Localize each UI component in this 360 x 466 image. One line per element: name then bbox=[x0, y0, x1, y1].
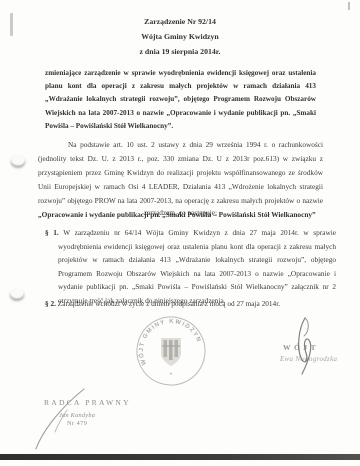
legal-basis-text: Na podstawie art. 10 ust. 2 ustawy z dni… bbox=[38, 140, 323, 205]
ordinance-number: Zarządzenie Nr 92/14 bbox=[0, 14, 360, 29]
scan-edge-bar bbox=[0, 454, 360, 460]
subject-paragraph: zmieniające zarządzenie w sprawie wyodrę… bbox=[45, 67, 316, 133]
section-2-label: § 2. bbox=[45, 299, 56, 308]
section-2-text: Zarządzenie wchodzi w życie z dniem podp… bbox=[56, 299, 280, 308]
order-intro: zarządzam, co następuje: bbox=[38, 208, 323, 217]
signature-stroke bbox=[299, 318, 311, 374]
section-1: § 1. W zarządzeniu nr 64/14 Wójta Gminy … bbox=[45, 226, 336, 308]
mayor-handwritten-signature bbox=[250, 314, 360, 384]
section-2: § 2. Zarządzenie wchodzi w życie z dniem… bbox=[45, 297, 336, 311]
counsel-name: Jan Kandyba bbox=[59, 412, 95, 419]
section-1-label: § 1. bbox=[45, 228, 59, 237]
scan-artifact bbox=[348, 2, 350, 10]
punch-hole bbox=[11, 155, 25, 166]
issue-date: z dnia 19 sierpnia 2014r. bbox=[0, 44, 360, 59]
scanned-ordinance-page: Zarządzenie Nr 92/14 Wójta Gminy Kwidzyn… bbox=[0, 0, 360, 466]
section-1-text: W zarządzeniu nr 64/14 Wójta Gminy Kwidz… bbox=[58, 228, 336, 305]
coat-of-arms bbox=[161, 338, 181, 366]
issuer-name: Wójta Gminy Kwidzyn bbox=[0, 29, 360, 44]
punch-hole bbox=[10, 288, 24, 299]
counsel-number: Nr 479 bbox=[67, 420, 87, 427]
signature-loop bbox=[304, 318, 308, 336]
stamp-bottom-mark: * bbox=[169, 372, 172, 379]
document-header: Zarządzenie Nr 92/14 Wójta Gminy Kwidzyn… bbox=[0, 14, 360, 59]
counsel-title: RADCA PRAWNY bbox=[44, 398, 131, 407]
legal-counsel-stamp: RADCA PRAWNY Jan Kandyba Nr 479 bbox=[28, 396, 158, 446]
municipal-round-stamp: WÓJT GMINY KWIDZYN * bbox=[132, 312, 210, 390]
mayor-signature-block: WÓJT Ewa Nowogrodzka bbox=[250, 314, 360, 384]
